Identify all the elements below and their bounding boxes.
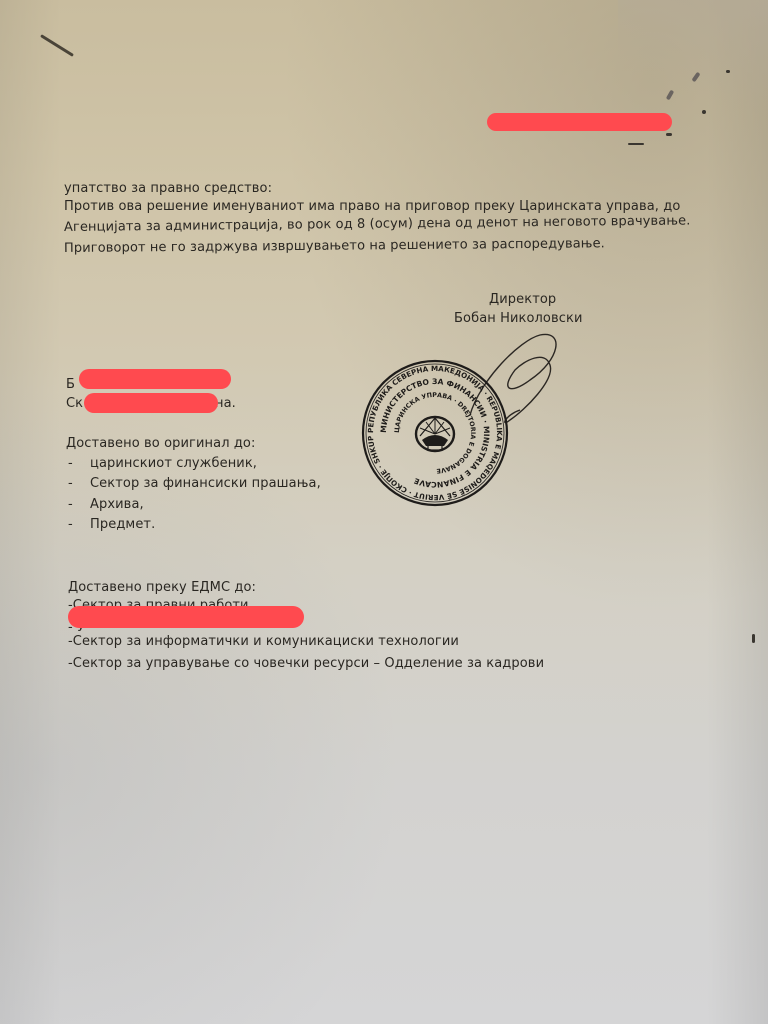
delivered-original-item: Сектор за финансиски прашања, — [90, 476, 321, 491]
delivered-original-item: Предмет. — [90, 517, 155, 532]
official-stamp: РЕПУБЛИКА СЕВЕРНА МАКЕДОНИЈА · REPUBLIKA… — [360, 358, 510, 508]
delivered-original-heading: Доставено во оригинал до: — [66, 436, 255, 451]
delivered-original-item: царинскиот службеник, — [90, 456, 257, 471]
appeal-line-3: Приговорот не го задржува извршувањето н… — [64, 236, 605, 256]
appeal-line-1: Против ова решение именуваниот има право… — [64, 199, 680, 214]
bullet: - — [68, 517, 73, 532]
paper-corner-shadow — [618, 0, 768, 120]
redaction-line-2 — [84, 393, 218, 413]
speck — [726, 70, 730, 73]
appeal-heading: упатство за правно средство: — [64, 181, 272, 196]
speck — [702, 110, 706, 114]
redaction-line-1 — [79, 369, 231, 389]
delivered-edms-item: -Сектор за управување со човечки ресурси… — [68, 656, 544, 671]
delivered-original-item: Архива, — [90, 497, 144, 512]
coat-of-arms-icon — [416, 416, 454, 451]
speck — [666, 133, 672, 136]
pen-mark — [40, 34, 74, 57]
speck — [752, 634, 755, 643]
redaction-edms — [68, 606, 304, 628]
speck — [628, 143, 644, 145]
redacted-line-2-start: Ск — [66, 396, 83, 411]
delivered-edms-item: -Сектор за информатички и комуникациски … — [68, 634, 459, 649]
redaction-header — [487, 113, 672, 131]
bullet: - — [68, 497, 73, 512]
signatory-title: Директор — [489, 292, 556, 307]
paper-shading — [0, 0, 768, 1024]
bullet: - — [68, 476, 73, 491]
redacted-line-1-visible: Б — [66, 377, 75, 392]
delivered-edms-heading: Доставено преку ЕДМС до: — [68, 580, 256, 595]
bullet: - — [68, 456, 73, 471]
appeal-line-2: Агенцијата за администрација, во рок од … — [64, 213, 691, 235]
redacted-line-2-end: на. — [215, 396, 236, 411]
